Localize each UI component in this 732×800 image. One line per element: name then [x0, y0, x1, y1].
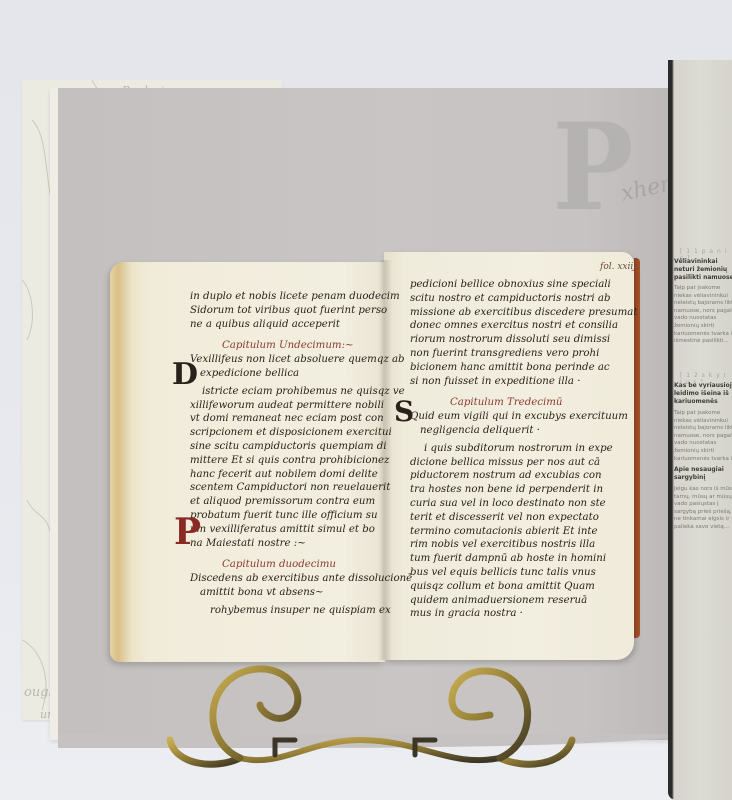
- watermark-initial: P: [553, 108, 634, 228]
- book-stand: [160, 660, 600, 800]
- text-line: quisqz collum et bona amittit Quam: [410, 580, 637, 594]
- section-body: Taip pat įsakome niekas vėliavininkui ne…: [674, 410, 732, 460]
- chapter-heading: expedicione bellica: [190, 367, 412, 381]
- text-line: riorum nostrorum dissoluti seu dimissi: [410, 333, 637, 347]
- section-heading: Kas be vyriausiojo leidimo išeina iš kar…: [674, 382, 732, 406]
- text-line: dicione bellica missus per nos aut cā: [410, 456, 637, 470]
- text-line: rohybemus insuper ne quispiam ex: [190, 604, 412, 618]
- chapter-heading: Quid eum vigili qui in excubys exercituu…: [410, 410, 637, 424]
- text-line: bicionem hanc amittit bona perinde ac: [410, 361, 637, 375]
- chapter-heading: Vexillifeus non licet absoluere quemqz a…: [190, 353, 412, 367]
- text-line: non fuerint transgrediens vero prohi: [410, 347, 637, 361]
- text-line: si non fuisset in expeditione illa ·: [410, 375, 637, 389]
- right-page-text: pedicioni bellice obnoxius sine speciali…: [410, 278, 637, 621]
- text-line: missione ab exercitibus discedere presum…: [410, 306, 637, 320]
- scroll-stand-graphic: [160, 660, 600, 800]
- text-line: curia sua vel in loco destinato non ste: [410, 497, 637, 511]
- left-page-text: in duplo et nobis licete penam duodecim …: [190, 290, 412, 618]
- folio-number: fol. xxiij: [600, 262, 636, 272]
- manuscript-facsimile: fol. xxiij in duplo et nobis licete pena…: [110, 252, 640, 662]
- text-line: termino comutacionis abierit Et inte: [410, 525, 637, 539]
- text-line: terit et discesserit vel non expectato: [410, 511, 637, 525]
- text-line: tum fuerit dampnū ab hoste in homini: [410, 552, 637, 566]
- chapter-heading: amittit bona vt absens~: [190, 586, 412, 600]
- text-line: mittere Et si quis contra prohibicionez: [190, 454, 412, 468]
- text-line: probatum fuerit tunc ille officium su: [190, 509, 412, 523]
- text-line: um vexilliferatus amittit simul et bo: [190, 523, 412, 537]
- chapter-heading: negligencia deliquerit ·: [410, 424, 637, 438]
- text-line: donec omnes exercitus nostri et consilia: [410, 319, 637, 333]
- text-line: quidem animaduersionem reseruā: [410, 594, 637, 608]
- chapter-rubric: Capitulum duodecimu: [190, 558, 412, 572]
- text-line: scitu nostro et campiductoris nostri ab: [410, 292, 637, 306]
- chapter-rubric: Capitulum Undecimum:~: [190, 339, 412, 353]
- section-body: Jeigu kas nors iš mūsų tarnų, mūsų ar mū…: [674, 486, 732, 596]
- text-line: pedicioni bellice obnoxius sine speciali: [410, 278, 637, 292]
- chapter-rubric: Capitulum Tredecimū: [410, 396, 637, 410]
- text-line: scentem Campiductori non reuelauerit: [190, 481, 412, 495]
- text-line: na Maiestati nostre :~: [190, 537, 412, 551]
- section-heading: Vėliavininkai neturi žemionių pasilikti …: [674, 258, 732, 282]
- photo-scene: Pardavi ough um P xhemus in [ 1 1 p a n …: [0, 0, 732, 800]
- text-line: et aliquod premissorum contra eum: [190, 495, 412, 509]
- text-line: ne a quibus aliquid acceperit: [190, 318, 412, 332]
- text-line: sine scitu campiductoris quempiam di: [190, 440, 412, 454]
- text-line: bus vel equis bellicis tunc talis vnus: [410, 566, 637, 580]
- text-line: piductorem nostrum ad excubias con: [410, 469, 637, 483]
- text-line: hanc fecerit aut nobilem domi delite: [190, 468, 412, 482]
- text-line: xillifeworum audeat permittere nobili: [190, 399, 412, 413]
- text-line: vt domi remaneat nec eciam post con: [190, 412, 412, 426]
- text-line: rim nobis vel exercitibus nostris illa: [410, 538, 637, 552]
- illuminated-initial: S: [394, 398, 414, 426]
- text-line: mus in gracia nostra ·: [410, 607, 637, 621]
- section-body: Taip pat įsakome niekas vėliavininkui ne…: [674, 285, 732, 360]
- text-line: i quis subditorum nostrorum in expe: [410, 442, 637, 456]
- text-line: tra hostes non bene id perpenderit in: [410, 483, 637, 497]
- text-line: scripcionem et disposicionem exercitui: [190, 426, 412, 440]
- text-line: in duplo et nobis licete penam duodecim: [190, 290, 412, 304]
- illuminated-initial: D: [172, 360, 198, 390]
- text-line: istricte eciam prohibemus ne quisqz ve: [190, 385, 412, 399]
- chapter-heading: Discedens ab exercitibus ante dissolucio…: [190, 572, 412, 586]
- illuminated-initial: P: [174, 514, 201, 550]
- text-line: Sidorum tot viribus quot fuerint perso: [190, 304, 412, 318]
- section-heading: Apie nesaugiai sargybinį: [674, 466, 732, 482]
